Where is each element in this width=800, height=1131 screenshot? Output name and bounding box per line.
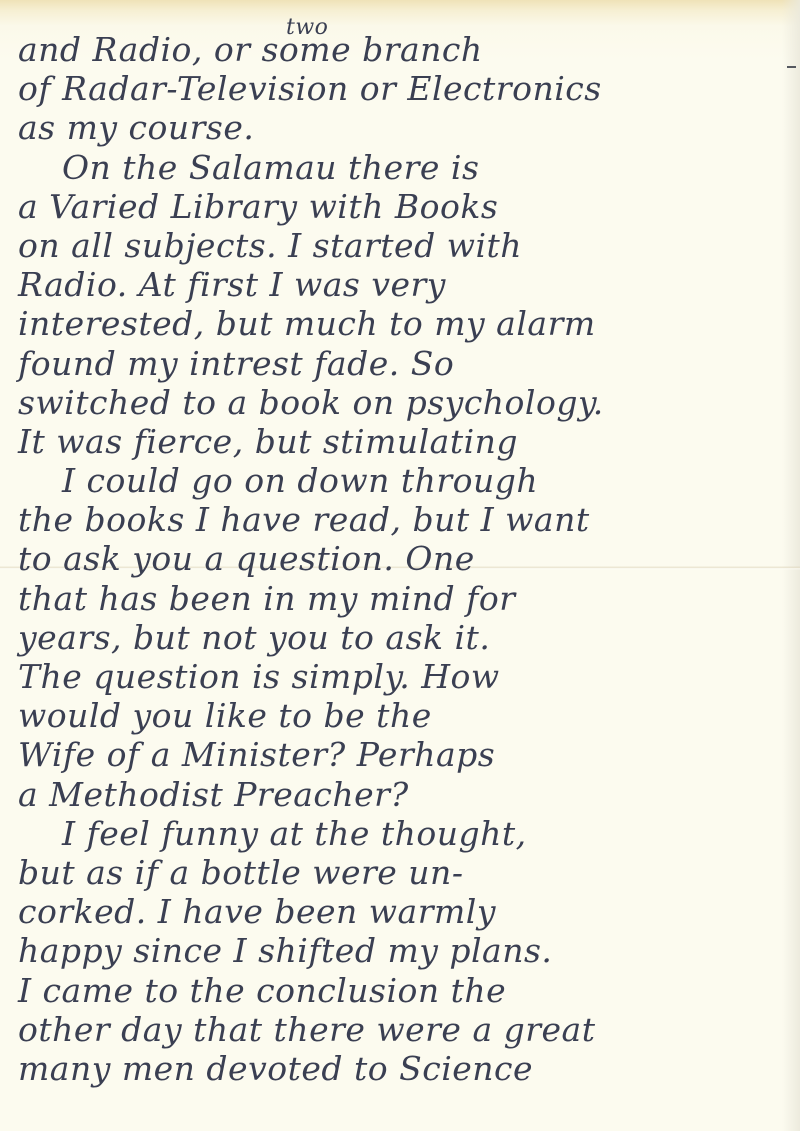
letter-line: switched to a book on psychology. — [18, 383, 788, 422]
letter-line: would you like to be the — [18, 696, 788, 735]
letter-line: many men devoted to Science — [18, 1049, 788, 1088]
letter-line: I feel funny at the thought, — [18, 814, 788, 853]
letter-line: The question is simply. How — [18, 657, 788, 696]
letter-line: but as if a bottle were un- — [18, 853, 788, 892]
letter-line: happy since I shifted my plans. — [18, 931, 788, 970]
letter-line: a Methodist Preacher? — [18, 775, 788, 814]
letter-line: I came to the conclusion the — [18, 971, 788, 1010]
letter-line: as my course. — [18, 108, 788, 147]
letter-line: two and Radio, or some branch — [18, 30, 788, 69]
letter-line: that has been in my mind for — [18, 579, 788, 618]
letter-line: the books I have read, but I want — [18, 500, 788, 539]
letter-line: interested, but much to my alarm — [18, 304, 788, 343]
letter-line: years, but not you to ask it. — [18, 618, 788, 657]
letter-body: two and Radio, or some branch of Radar-T… — [18, 30, 788, 1088]
letter-line: a Varied Library with Books — [18, 187, 788, 226]
interlinear-insertion: two — [286, 8, 328, 47]
letter-line: found my intrest fade. So — [18, 344, 788, 383]
letter-line: Wife of a Minister? Perhaps — [18, 735, 788, 774]
letter-line: to ask you a question. One — [18, 539, 788, 578]
letter-line: Radio. At first I was very — [18, 265, 788, 304]
letter-line: It was fierce, but stimulating — [18, 422, 788, 461]
letter-line: other day that there were a great — [18, 1010, 788, 1049]
letter-line: On the Salamau there is — [18, 148, 788, 187]
letter-line: on all subjects. I started with — [18, 226, 788, 265]
letter-line: corked. I have been warmly — [18, 892, 788, 931]
letter-line: I could go on down through — [18, 461, 788, 500]
letter-line: of Radar-Television or Electronics — [18, 69, 788, 108]
letter-page: two and Radio, or some branch of Radar-T… — [0, 0, 800, 1131]
margin-dash-mark — [787, 66, 796, 68]
